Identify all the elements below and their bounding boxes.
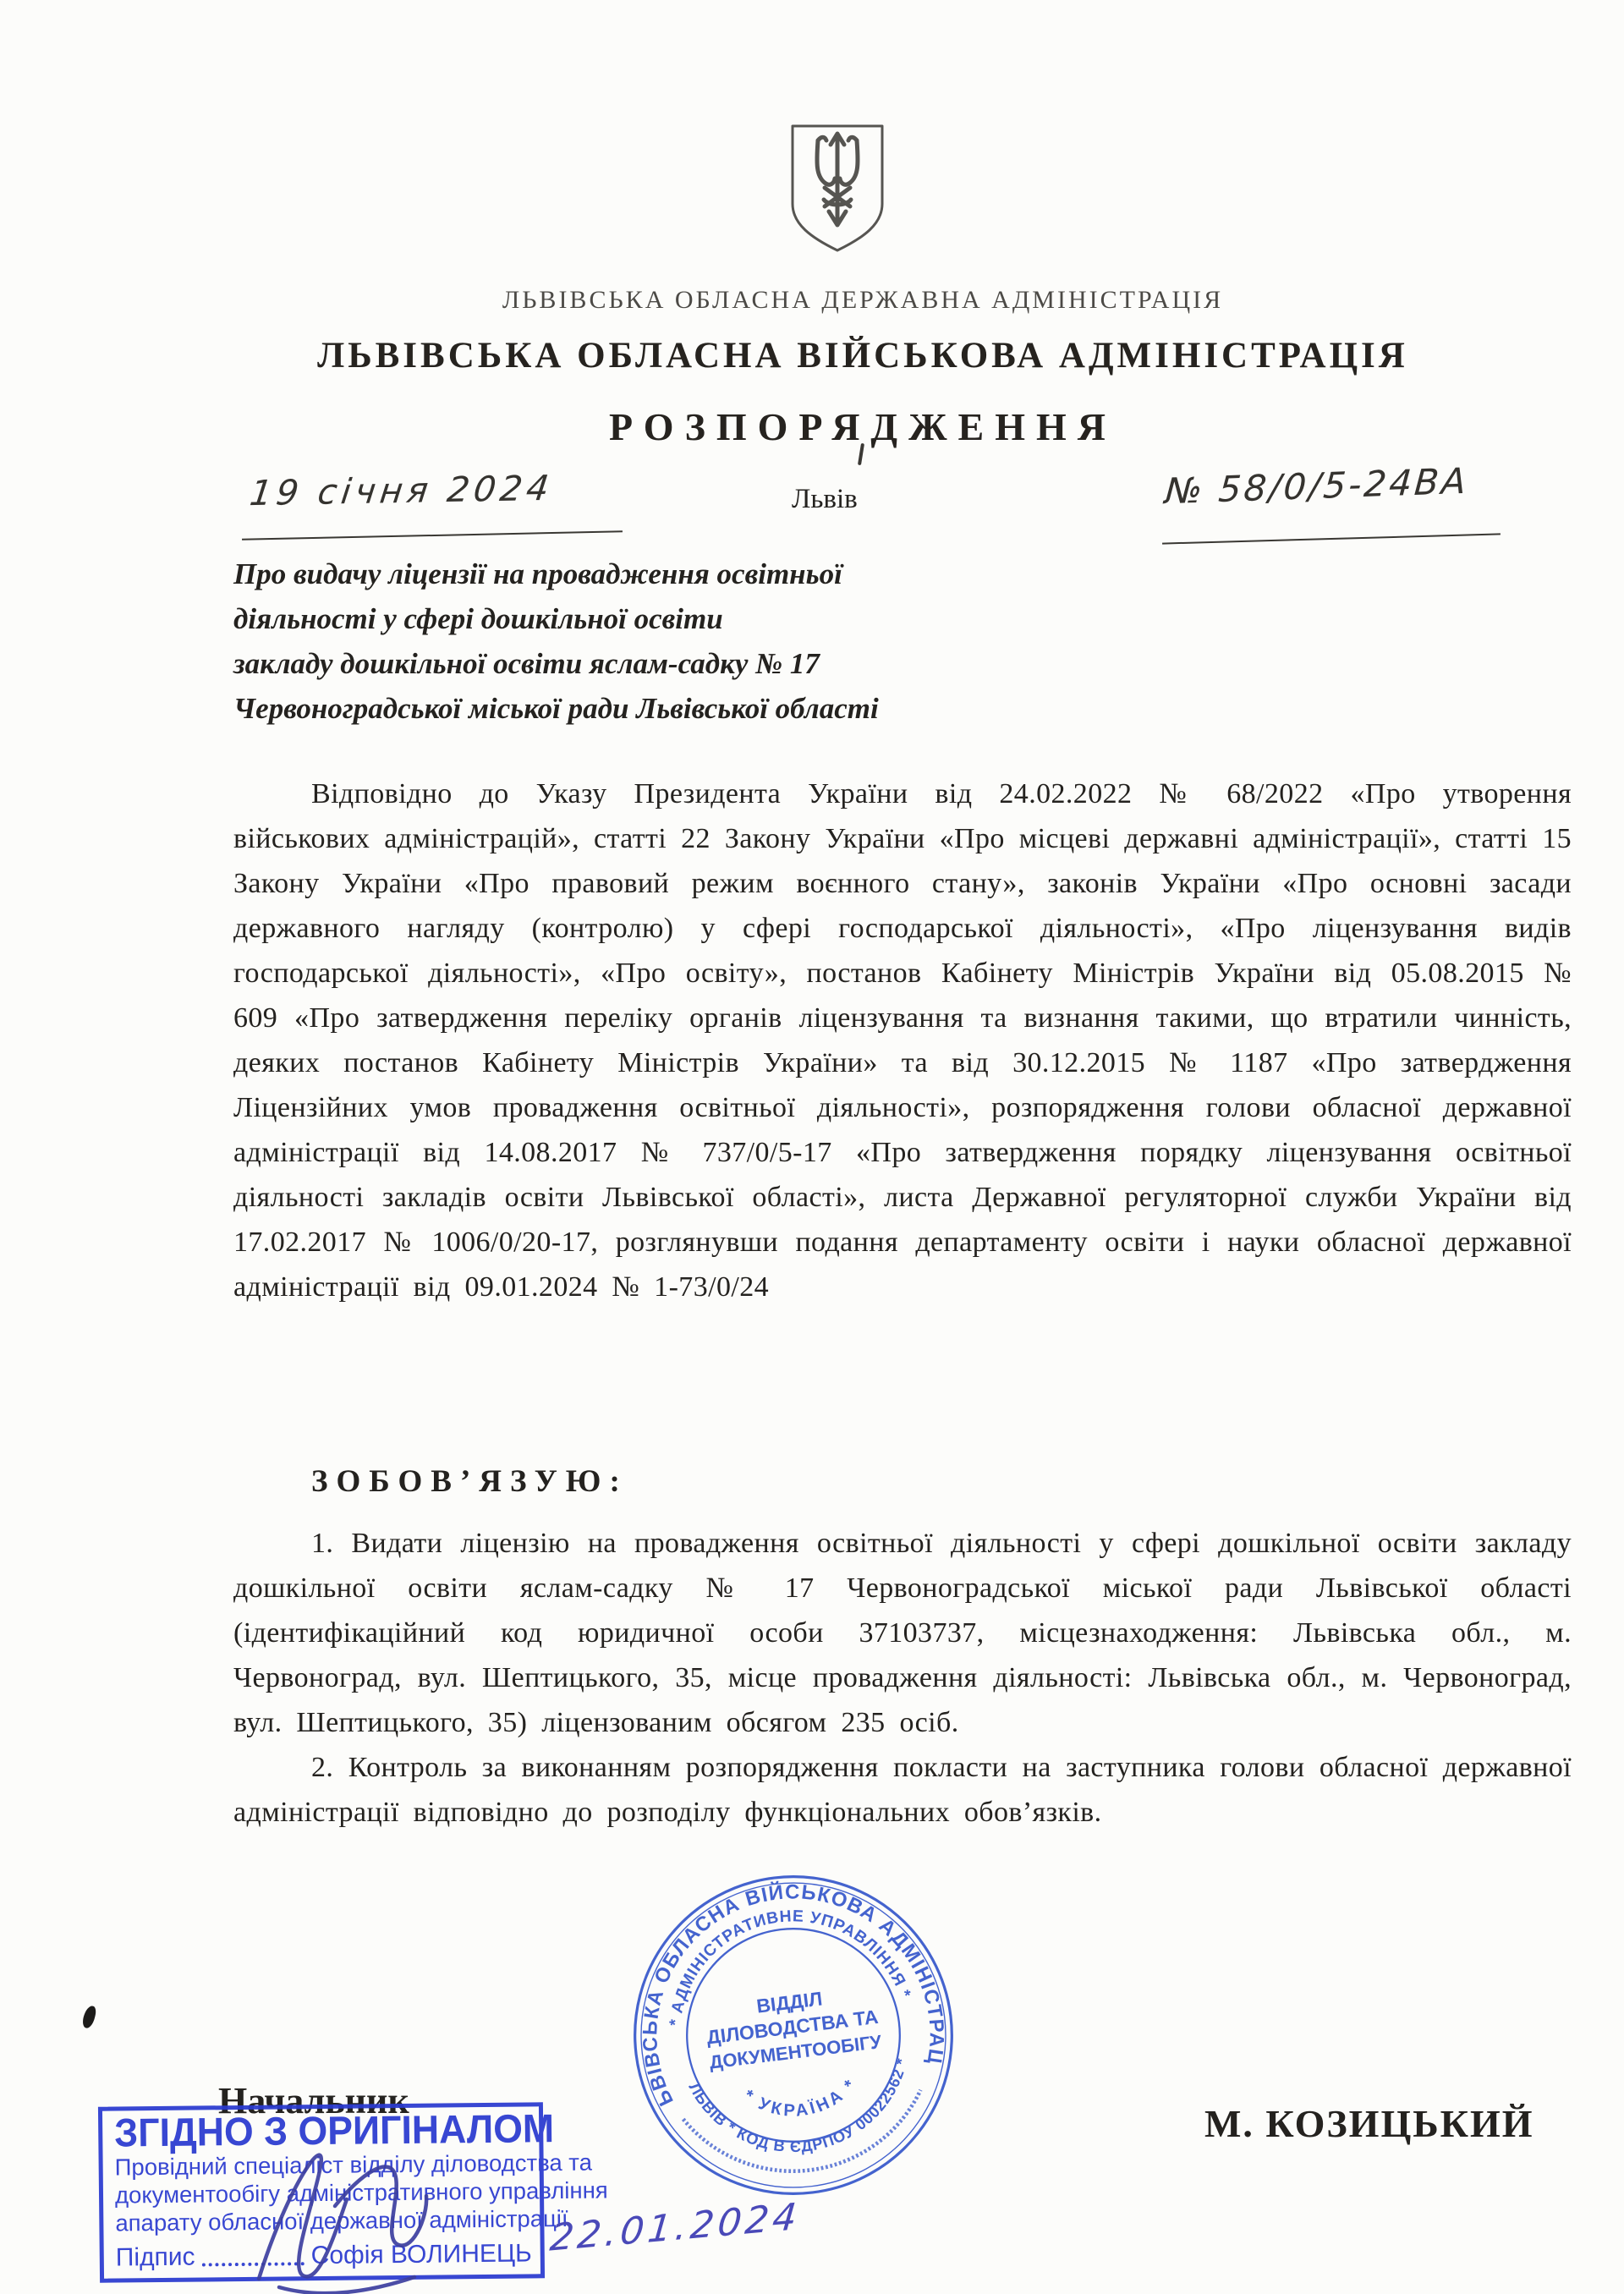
subject-line: Червоноградської міської ради Львівської…	[233, 686, 1079, 731]
number-value: 58/0/5-24ВА	[1217, 460, 1470, 510]
org-name-small: ЛЬВІВСЬКА ОБЛАСНА ДЕРЖАВНА АДМІНІСТРАЦІЯ	[0, 286, 1624, 315]
order-item-1: 1. Видати ліцензію на провадження освітн…	[233, 1521, 1572, 1745]
date-underline	[242, 530, 623, 540]
number-underline	[1162, 533, 1501, 544]
signer-name: М. КОЗИЦЬКИЙ	[1204, 2101, 1534, 2146]
certify-signature-label: Підпис	[116, 2243, 195, 2273]
subject-block: Про видачу ліцензії на провадження освіт…	[233, 552, 1079, 731]
preamble-text: Відповідно до Указу Президента України в…	[233, 771, 1572, 1309]
ukraine-trident-emblem	[787, 122, 888, 254]
city-label: Львів	[792, 484, 858, 515]
number-sign: №	[1164, 469, 1206, 513]
order-items: 1. Видати ліцензію на провадження освітн…	[233, 1521, 1572, 1835]
handwritten-signature	[235, 2118, 455, 2294]
subject-line: діяльності у сфері дошкільної освіти	[233, 596, 1079, 641]
preamble-paragraph: Відповідно до Указу Президента України в…	[233, 771, 1572, 1309]
resolution-keyword: ЗОБОВ’ЯЗУЮ:	[311, 1463, 628, 1500]
round-official-stamp: ЛЬВІВСЬКА ОБЛАСНА ВІЙСЬКОВА АДМІНІСТРАЦІ…	[623, 1864, 964, 2206]
subject-line: Про видачу ліцензії на провадження освіт…	[233, 552, 1079, 596]
order-item-2: 2. Контроль за виконанням розпорядження …	[233, 1745, 1572, 1835]
handwritten-doc-number: № 58/0/5-24ВА	[1164, 460, 1470, 512]
scanned-document-page: ЛЬВІВСЬКА ОБЛАСНА ДЕРЖАВНА АДМІНІСТРАЦІЯ…	[0, 0, 1624, 2294]
handwritten-date: 19 січня 2024	[248, 468, 556, 513]
stamp-country-text: * УКРАЇНА *	[738, 2073, 864, 2127]
org-name-main: ЛЬВІВСЬКА ОБЛАСНА ВІЙСЬКОВА АДМІНІСТРАЦІ…	[0, 335, 1624, 376]
ink-dot-artifact	[81, 2005, 97, 2029]
document-type-title: РОЗПОРЯДЖЕННЯ	[0, 404, 1624, 449]
subject-line: закладу дошкільної освіти яслам-садку № …	[233, 641, 1079, 686]
svg-text:* УКРАЇНА *: * УКРАЇНА *	[738, 2073, 864, 2127]
